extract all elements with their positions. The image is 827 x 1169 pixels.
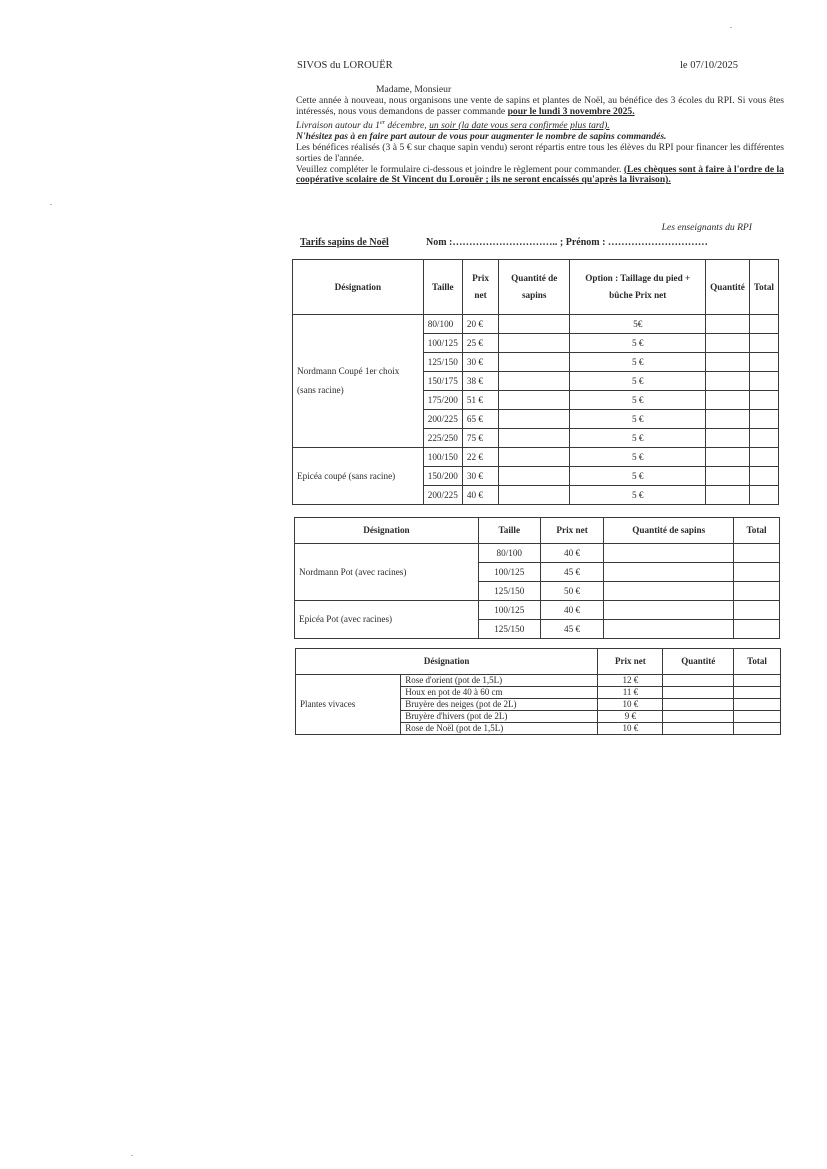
table-row: Epicéa Pot (avec racines)100/12540 €: [295, 601, 780, 620]
price-cell: 38 €: [462, 372, 498, 391]
quantity-input[interactable]: [663, 699, 734, 711]
size-cell: 100/125: [478, 563, 540, 582]
quantity-input[interactable]: [663, 675, 734, 687]
scan-speck: [730, 27, 732, 28]
total-input[interactable]: [733, 711, 780, 723]
total-input[interactable]: [749, 315, 778, 334]
price-cell: 30 €: [462, 467, 498, 486]
option-price-cell: 5 €: [570, 486, 706, 505]
plant-name-cell: Bruyère des neiges (pot de 2L): [401, 699, 598, 711]
total-input[interactable]: [734, 601, 780, 620]
quantity-input[interactable]: [499, 429, 570, 448]
plants-table: DésignationPrix netQuantitéTotal Plantes…: [295, 648, 781, 735]
column-header: Prix net: [462, 260, 498, 315]
size-cell: 150/175: [423, 372, 462, 391]
size-cell: 100/125: [423, 334, 462, 353]
quantity-input[interactable]: [604, 620, 734, 639]
designation-cell: Nordmann Pot (avec racines): [295, 544, 479, 601]
scan-speck: [50, 204, 52, 205]
organization-name: SIVOS du LOROUËR: [297, 60, 393, 71]
option-price-cell: 5 €: [570, 429, 706, 448]
option-price-cell: 5 €: [570, 372, 706, 391]
price-cell: 11 €: [598, 687, 663, 699]
column-header: Quantité: [663, 649, 734, 675]
quantity-input[interactable]: [499, 353, 570, 372]
total-input[interactable]: [749, 448, 778, 467]
option-price-cell: 5 €: [570, 467, 706, 486]
option-quantity-input[interactable]: [706, 391, 750, 410]
size-cell: 125/150: [423, 353, 462, 372]
letter-date: le 07/10/2025: [680, 60, 738, 71]
option-price-cell: 5€: [570, 315, 706, 334]
option-quantity-input[interactable]: [706, 467, 750, 486]
price-cell: 50 €: [540, 582, 604, 601]
column-header: Total: [733, 649, 780, 675]
total-input[interactable]: [749, 334, 778, 353]
total-input[interactable]: [749, 410, 778, 429]
price-cell: 20 €: [462, 315, 498, 334]
total-input[interactable]: [749, 486, 778, 505]
quantity-input[interactable]: [499, 372, 570, 391]
total-input[interactable]: [749, 391, 778, 410]
benefits-line: Les bénéfices réalisés (3 à 5 € sur chaq…: [296, 143, 784, 165]
quantity-input[interactable]: [499, 467, 570, 486]
table-row: Nordmann Pot (avec racines)80/10040 €: [295, 544, 780, 563]
total-input[interactable]: [749, 429, 778, 448]
column-header: Quantité de sapins: [499, 260, 570, 315]
option-price-cell: 5 €: [570, 334, 706, 353]
size-cell: 100/150: [423, 448, 462, 467]
price-cell: 22 €: [462, 448, 498, 467]
option-quantity-input[interactable]: [706, 486, 750, 505]
total-input[interactable]: [733, 675, 780, 687]
quantity-input[interactable]: [499, 410, 570, 429]
column-header: Quantité: [706, 260, 750, 315]
quantity-input[interactable]: [663, 711, 734, 723]
total-input[interactable]: [734, 582, 780, 601]
price-cell: 45 €: [540, 563, 604, 582]
section-title: Tarifs sapins de Noël: [300, 237, 389, 248]
option-quantity-input[interactable]: [706, 429, 750, 448]
quantity-input[interactable]: [499, 334, 570, 353]
price-cell: 12 €: [598, 675, 663, 687]
size-cell: 200/225: [423, 486, 462, 505]
option-quantity-input[interactable]: [706, 353, 750, 372]
price-cell: 25 €: [462, 334, 498, 353]
price-cell: 75 €: [462, 429, 498, 448]
quantity-input[interactable]: [604, 563, 734, 582]
option-price-cell: 5 €: [570, 353, 706, 372]
signature: Les enseignants du RPI: [600, 222, 752, 233]
column-header: Total: [734, 518, 780, 544]
quantity-input[interactable]: [663, 687, 734, 699]
option-price-cell: 5 €: [570, 410, 706, 429]
name-field-line[interactable]: Nom :………………………….. ; Prénom : …………………………: [426, 237, 708, 248]
size-cell: 175/200: [423, 391, 462, 410]
price-cell: 10 €: [598, 723, 663, 735]
price-cell: 9 €: [598, 711, 663, 723]
total-input[interactable]: [733, 723, 780, 735]
size-cell: 80/100: [423, 315, 462, 334]
order-deadline: pour le lundi 3 novembre 2025.: [508, 106, 635, 117]
size-cell: 100/125: [478, 601, 540, 620]
table-row: Nordmann Coupé 1er choix (sans racine)80…: [293, 315, 779, 334]
size-cell: 80/100: [478, 544, 540, 563]
price-cell: 40 €: [540, 601, 604, 620]
form-instructions: Veuillez compléter le formulaire ci-dess…: [296, 165, 784, 187]
size-cell: 150/200: [423, 467, 462, 486]
price-cell: 10 €: [598, 699, 663, 711]
table-row: Epicéa coupé (sans racine)100/15022 €5 €: [293, 448, 779, 467]
letter-body: Madame, Monsieur Cette année à nouveau, …: [296, 85, 784, 186]
quantity-input[interactable]: [604, 582, 734, 601]
price-cell: 51 €: [462, 391, 498, 410]
price-cell: 40 €: [462, 486, 498, 505]
option-quantity-input[interactable]: [706, 315, 750, 334]
column-header: Désignation: [296, 649, 598, 675]
group-label-cell: Plantes vivaces: [296, 675, 401, 735]
total-input[interactable]: [749, 372, 778, 391]
column-header: Taille: [478, 518, 540, 544]
total-input[interactable]: [733, 699, 780, 711]
size-cell: 125/150: [478, 582, 540, 601]
size-cell: 125/150: [478, 620, 540, 639]
total-input[interactable]: [734, 620, 780, 639]
total-input[interactable]: [749, 353, 778, 372]
quantity-input[interactable]: [499, 486, 570, 505]
option-quantity-input[interactable]: [706, 372, 750, 391]
column-header: Quantité de sapins: [604, 518, 734, 544]
column-header: Désignation: [293, 260, 424, 315]
total-input[interactable]: [749, 467, 778, 486]
quantity-input[interactable]: [499, 391, 570, 410]
total-input[interactable]: [733, 687, 780, 699]
plant-name-cell: Houx en pot de 40 à 60 cm: [401, 687, 598, 699]
table-row: Plantes vivacesRose d'orient (pot de 1,5…: [296, 675, 781, 687]
plant-name-cell: Bruyère d'hivers (pot de 2L): [401, 711, 598, 723]
price-cell: 30 €: [462, 353, 498, 372]
size-cell: 200/225: [423, 410, 462, 429]
column-header: Prix net: [598, 649, 663, 675]
option-price-cell: 5 €: [570, 448, 706, 467]
column-header: Désignation: [295, 518, 479, 544]
column-header: Taille: [423, 260, 462, 315]
designation-cell: Epicéa coupé (sans racine): [293, 448, 424, 505]
scan-speck: [131, 1155, 133, 1156]
cut-trees-table: DésignationTaillePrix netQuantité de sap…: [292, 259, 779, 505]
designation-cell: Nordmann Coupé 1er choix (sans racine): [293, 315, 424, 448]
price-cell: 40 €: [540, 544, 604, 563]
column-header: Option : Taillage du pied + bûche Prix n…: [570, 260, 706, 315]
price-cell: 45 €: [540, 620, 604, 639]
plant-name-cell: Rose d'orient (pot de 1,5L): [401, 675, 598, 687]
total-input[interactable]: [734, 544, 780, 563]
delivery-line: Livraison autour du 1er décembre, un soi…: [296, 118, 784, 132]
option-quantity-input[interactable]: [706, 334, 750, 353]
option-price-cell: 5 €: [570, 391, 706, 410]
total-input[interactable]: [734, 563, 780, 582]
quantity-input[interactable]: [663, 723, 734, 735]
column-header: Total: [749, 260, 778, 315]
designation-cell: Epicéa Pot (avec racines): [295, 601, 479, 639]
quantity-input[interactable]: [499, 315, 570, 334]
price-cell: 65 €: [462, 410, 498, 429]
plant-name-cell: Rose de Noël (pot de 1,5L): [401, 723, 598, 735]
potted-trees-table: DésignationTaillePrix netQuantité de sap…: [294, 517, 780, 639]
intro-paragraph: Cette année à nouveau, nous organisons u…: [296, 96, 784, 118]
quantity-input[interactable]: [604, 601, 734, 620]
size-cell: 225/250: [423, 429, 462, 448]
option-quantity-input[interactable]: [706, 410, 750, 429]
quantity-input[interactable]: [604, 544, 734, 563]
quantity-input[interactable]: [499, 448, 570, 467]
column-header: Prix net: [540, 518, 604, 544]
option-quantity-input[interactable]: [706, 448, 750, 467]
